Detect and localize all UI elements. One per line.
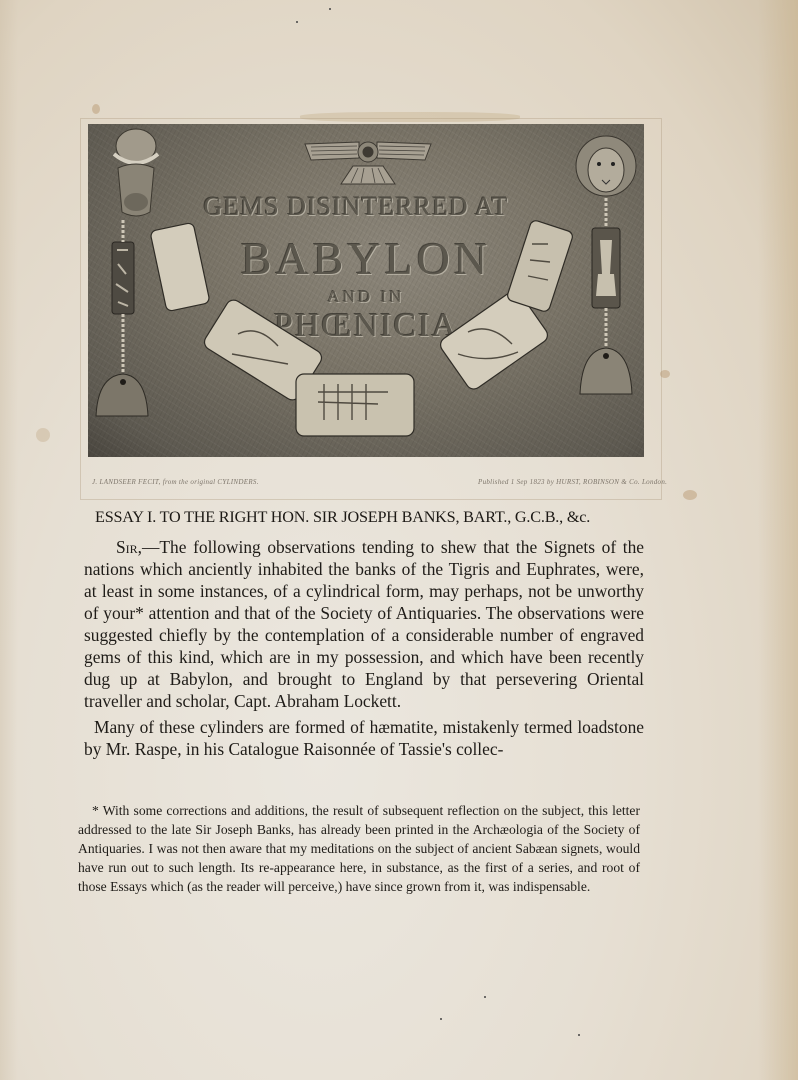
speck: [484, 996, 486, 998]
salutation: Sir,: [116, 537, 142, 557]
engraved-plate: GEMS DISINTERRED AT BABYLON AND IN PHŒNI…: [88, 124, 644, 457]
page-edge-shadow-right: [758, 0, 798, 1080]
footnote-text: * With some corrections and additions, t…: [78, 801, 640, 896]
paragraph-1-text: —The following observations tending to s…: [84, 537, 644, 711]
paragraph-2: Many of these cylinders are formed of hæ…: [84, 716, 644, 760]
cylinder-seals-garland-icon: [128, 214, 608, 457]
page-edge-shadow-left: [0, 0, 18, 1080]
foxing-stain: [92, 104, 100, 114]
winged-disc-icon: [303, 136, 433, 188]
paragraph-1: Sir,—The following observations tending …: [84, 536, 644, 712]
essay-heading: ESSAY I. TO THE RIGHT HON. SIR JOSEPH BA…: [95, 508, 665, 527]
publisher-imprint: Published 1 Sep 1823 by HURST, ROBINSON …: [478, 478, 667, 486]
engraver-credit: J. LANDSEER FECIT, from the original CYL…: [92, 478, 259, 486]
speck: [440, 1018, 442, 1020]
foxing-stain: [36, 428, 50, 442]
speck: [578, 1034, 580, 1036]
speck: [296, 21, 298, 23]
footnote: * With some corrections and additions, t…: [78, 801, 640, 896]
foxing-stain: [683, 490, 697, 500]
essay-body: Sir,—The following observations tending …: [84, 536, 644, 760]
speck: [329, 8, 331, 10]
lion-head-pendant-icon: [564, 124, 644, 457]
